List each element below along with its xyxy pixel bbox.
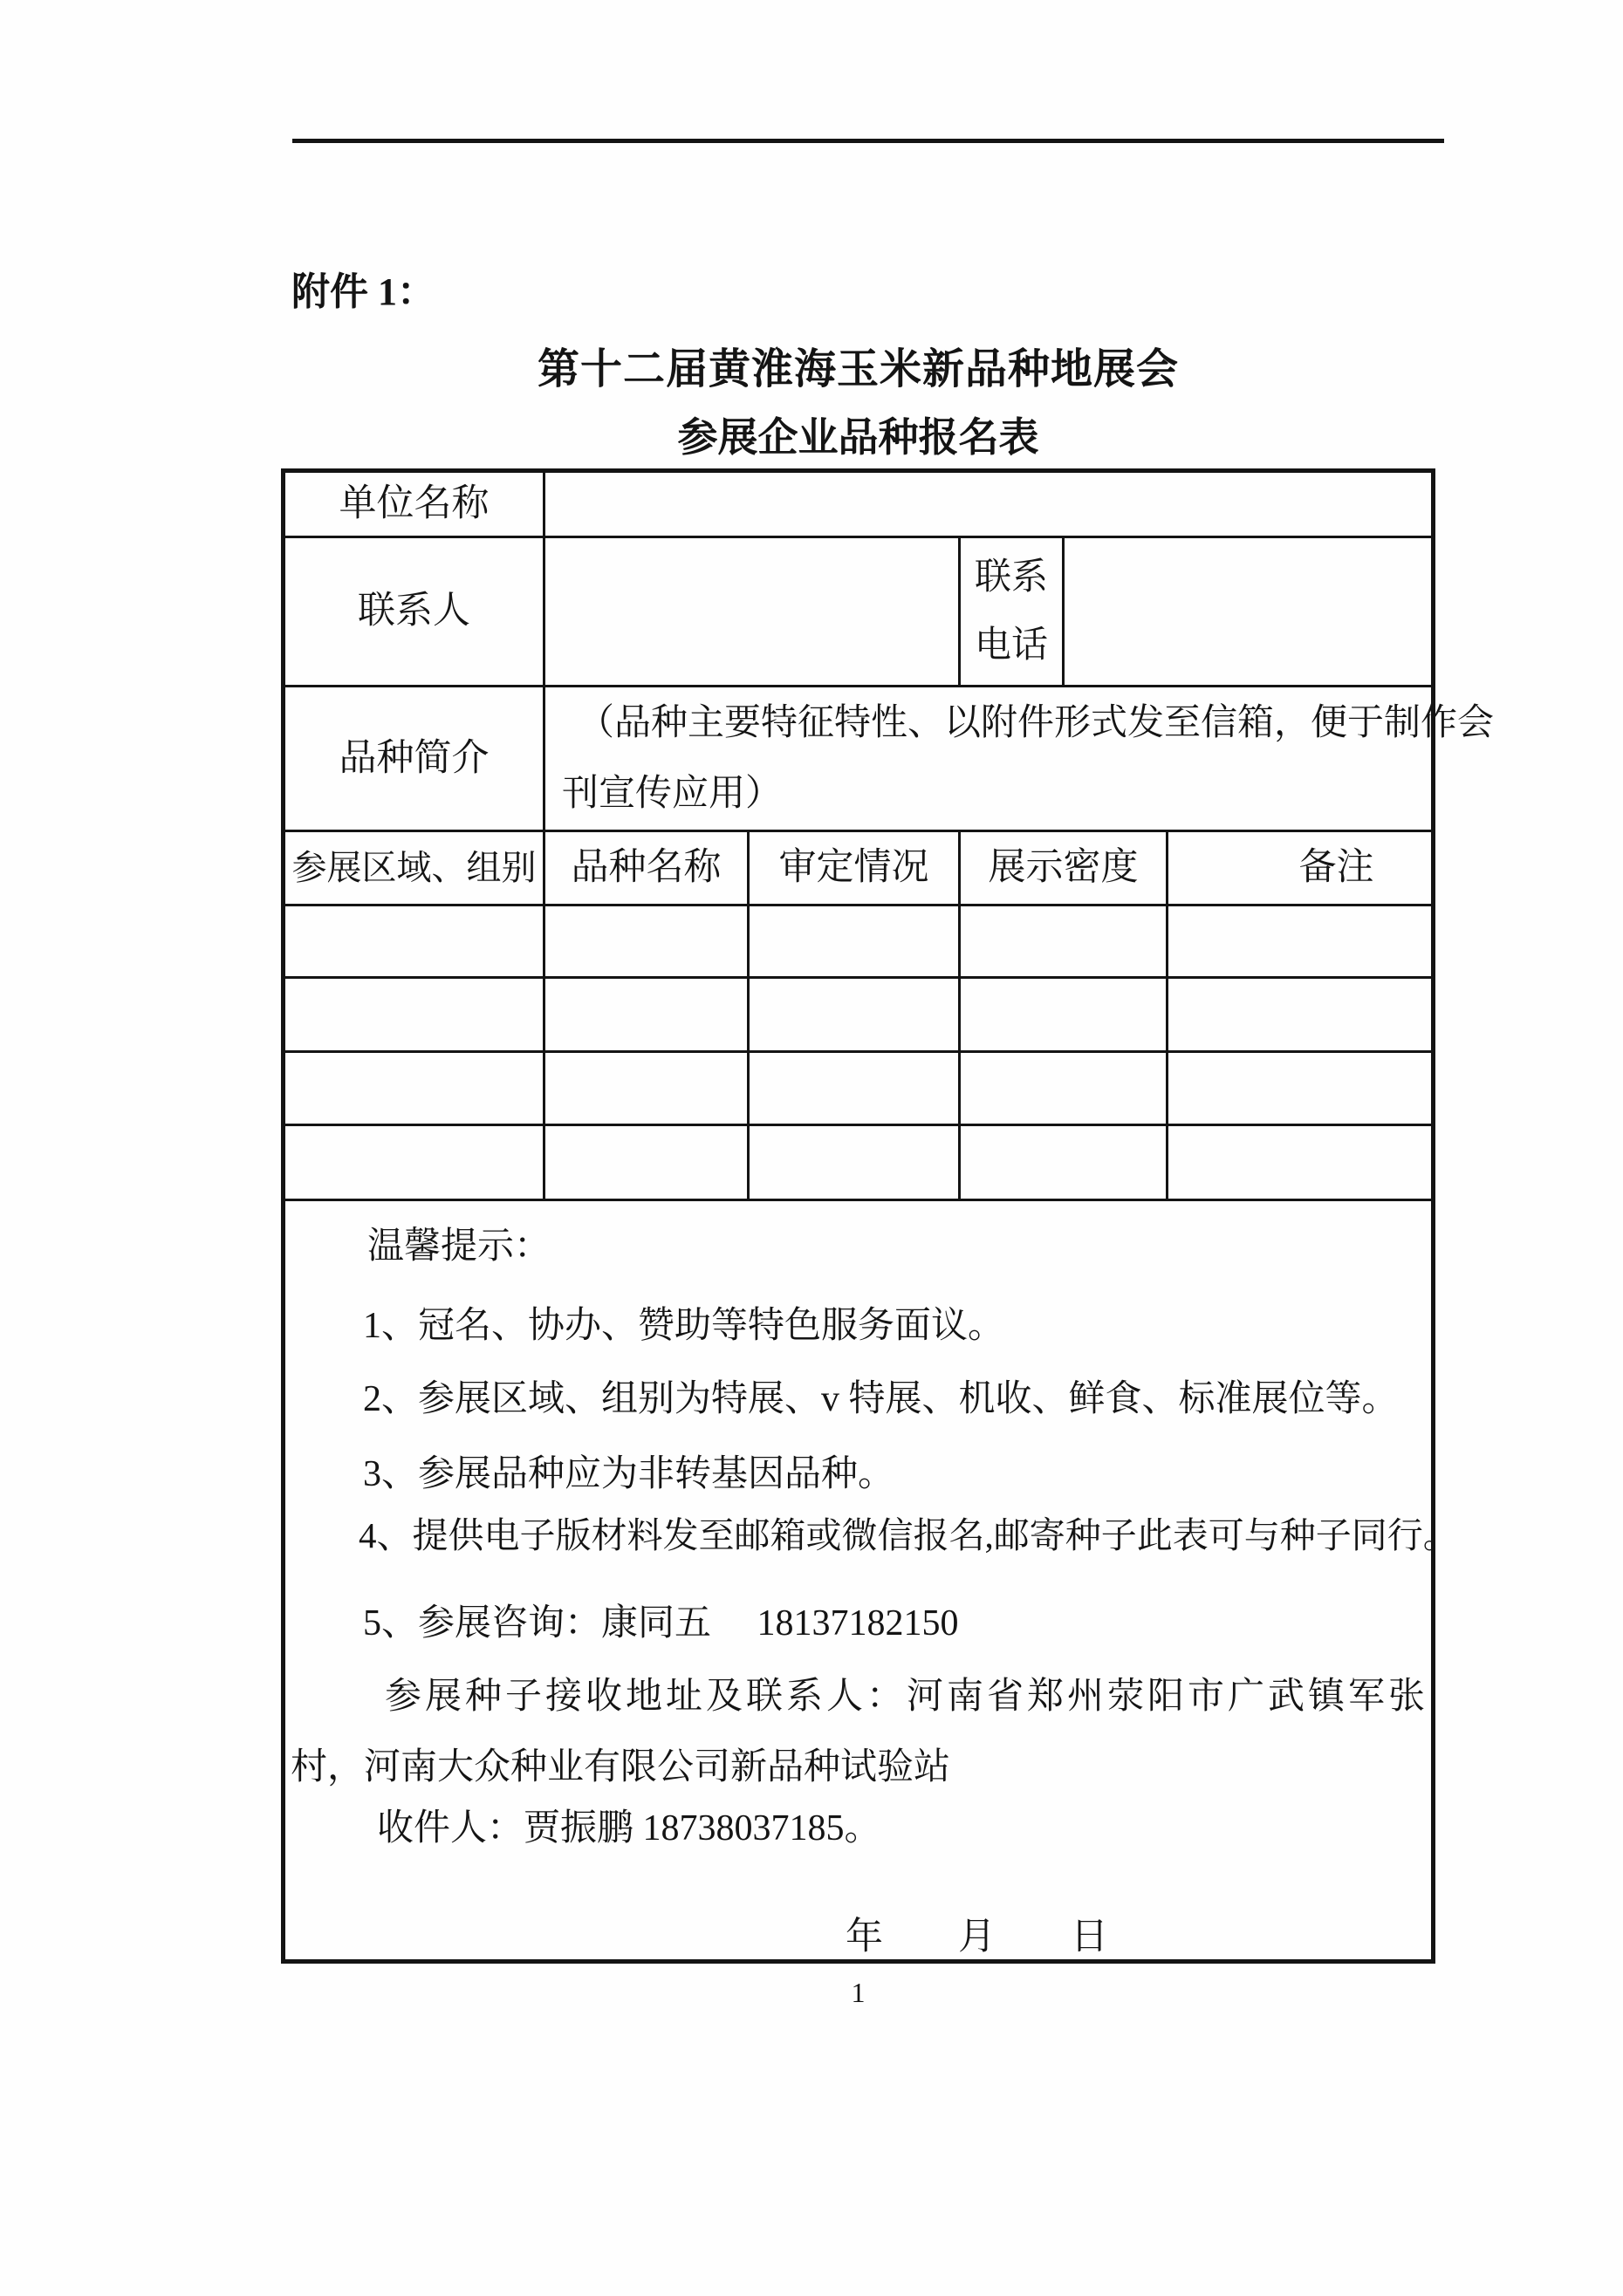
entry-cell [750,906,961,976]
variety-intro-hint-line1: （品种主要特征特性、以附件形式发至信箱，便于制作会 [545,688,1494,759]
entry-cell [750,1053,961,1124]
entry-row [285,1053,1431,1126]
contact-value-cell [545,538,961,685]
column-header-area-group: 参展区域、组别 [285,832,545,904]
notes-item-2: 2、参展区域、组别为特展、v 特展、机收、鲜食、标准展位等。 [363,1373,1399,1425]
entry-cell [545,906,750,976]
notes-item-5: 5、参展咨询：康同五 18137182150 [363,1597,959,1650]
variety-intro-row: 品种简介 （品种主要特征特性、以附件形式发至信箱，便于制作会 刊宣传应用） [285,687,1431,832]
attachment-label: 附件 1： [291,270,435,315]
header-rule [292,139,1444,143]
column-header-display-density: 展示密度 [961,832,1168,904]
date-placeholder: 年 月 日 [846,1911,1108,1964]
notes-item-4: 4、提供电子版材料发至邮箱或微信报名,邮寄种子此表可与种子同行。 [359,1509,1459,1561]
document-title: 第十二届黄淮海玉米新品种地展会 [281,347,1435,393]
page-number: 1 [281,1977,1435,2008]
registration-table: 单位名称 联系人 联系 电话 品种简介 （品种主要特征特性、以附件形式发至信箱，… [281,468,1435,1964]
variety-intro-hint-cell: （品种主要特征特性、以附件形式发至信箱，便于制作会 刊宣传应用） [545,687,1494,830]
recipient-line: 收件人：贾振鹏 18738037185。 [377,1802,881,1855]
entry-row [285,1126,1431,1201]
unit-name-value-cell [545,473,1431,536]
entry-cell [545,1126,750,1199]
entry-cell [750,1126,961,1199]
entry-cell [961,979,1168,1050]
column-header-remarks: 备注 [1168,832,1431,904]
contact-row: 联系人 联系 电话 [285,538,1431,687]
entry-row [285,979,1431,1053]
notes-cell: 温馨提示： 1、冠名、协办、赞助等特色服务面议。 2、参展区域、组别为特展、v … [285,1201,1431,1959]
phone-value-cell [1065,538,1431,685]
variety-intro-label: 品种简介 [285,687,545,830]
variety-intro-hint-line2: 刊宣传应用） [545,759,782,830]
entry-cell [285,979,545,1050]
entry-cell [1168,906,1431,976]
entry-row [285,906,1431,979]
seed-address-line2: 村，河南大众种业有限公司新品种试验站 [291,1741,950,1794]
entry-cell [285,1126,545,1199]
entry-cell [1168,979,1431,1050]
contact-label: 联系人 [285,538,545,685]
entry-cell [1168,1053,1431,1124]
notes-heading: 温馨提示： [367,1220,551,1273]
entry-cell [545,1053,750,1124]
notes-item-1: 1、冠名、协办、赞助等特色服务面议。 [363,1300,1004,1352]
entry-cell [750,979,961,1050]
entry-cell [285,906,545,976]
phone-label-line2: 电话 [975,612,1048,680]
entry-cell [961,1126,1168,1199]
column-header-approval-status: 审定情况 [750,832,961,904]
unit-name-row: 单位名称 [285,473,1431,538]
column-header-row: 参展区域、组别 品种名称 审定情况 展示密度 备注 [285,832,1431,906]
phone-label: 联系 电话 [961,538,1065,685]
entry-cell [961,906,1168,976]
unit-name-label: 单位名称 [285,473,545,536]
entry-cell [1168,1126,1431,1199]
notes-item-3: 3、参展品种应为非转基因品种。 [363,1448,894,1500]
entry-cell [285,1053,545,1124]
entry-cell [961,1053,1168,1124]
phone-label-line1: 联系 [975,543,1048,612]
document-subtitle: 参展企业品种报名表 [281,415,1435,461]
notes-row: 温馨提示： 1、冠名、协办、赞助等特色服务面议。 2、参展区域、组别为特展、v … [285,1201,1431,1959]
seed-address-line1: 参展种子接收地址及联系人：河南省郑州荥阳市广武镇军张 [385,1671,1428,1723]
document-page: 附件 1： 第十二届黄淮海玉米新品种地展会 参展企业品种报名表 单位名称 联系人… [0,0,1623,2296]
column-header-variety-name: 品种名称 [545,832,750,904]
entry-cell [545,979,750,1050]
